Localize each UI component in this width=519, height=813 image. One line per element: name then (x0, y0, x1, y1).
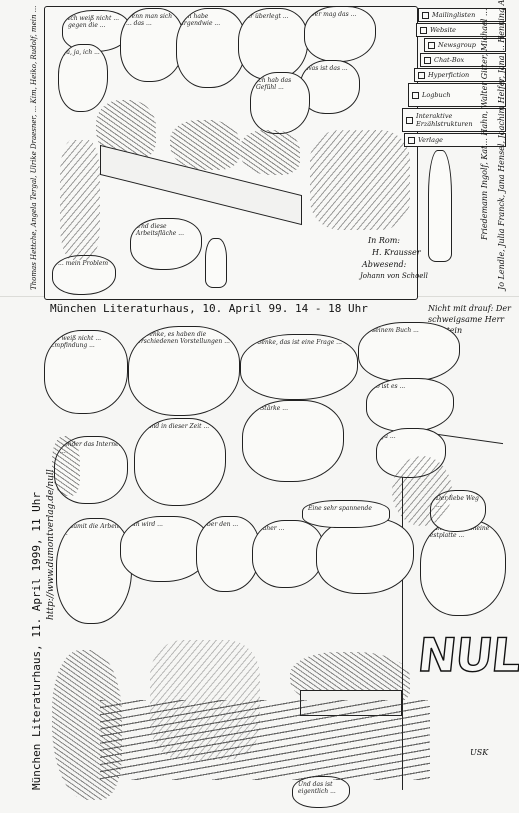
checkbox-icon (418, 72, 425, 79)
people-drawing (240, 130, 300, 175)
speech-bubble: In seinem Buch ... (358, 322, 460, 382)
top-left-margin-names: Thomas Hettche, Angela Tergal, Ulrike Dr… (30, 5, 38, 290)
speech-bubble: So ist es ... (366, 378, 454, 432)
checklist-label: Verlage (418, 136, 443, 144)
checkbox-icon (428, 42, 435, 49)
checklist-label: Website (430, 26, 456, 34)
speech-bubble: Ihr überlegt ... (238, 8, 308, 80)
people-drawing (60, 140, 100, 260)
in-rom-name: H. Krausser (372, 248, 421, 257)
speech-bubble: Ja, ja, ich ... (58, 44, 108, 112)
speech-bubble: Ich denke, es haben die verschiedenen Vo… (128, 326, 240, 416)
checkbox-icon (420, 27, 427, 34)
speaker-portrait (52, 436, 80, 496)
top-right-margin-names-1: Friedemann Ingolf, Kat... Hahn, Walter G… (480, 10, 489, 240)
top-right-margin-names-2: Jo Lendle, Julia Franck, Jana Hensel, Jo… (497, 10, 506, 290)
speech-bubble: Wenn man sich ... das ... (120, 8, 184, 82)
speech-bubble: Ich weiß nicht ... Empfindung ... (44, 330, 128, 414)
checklist-item: Hyperfiction (414, 68, 506, 82)
speech-bubble: Der mag das ... (304, 6, 376, 62)
top-caption: München Literaturhaus, 10. April 99. 14 … (50, 302, 368, 315)
checkbox-icon (408, 137, 415, 144)
speech-bubble: Daher ... (252, 520, 324, 588)
checkbox-icon (422, 12, 429, 19)
speech-bubble: Ich bin ... (316, 518, 414, 594)
checklist-label: Mailinglisten (432, 11, 475, 19)
url-vertical: http://www.dumontverlag.de/null (46, 469, 56, 620)
in-rom-label: In Rom: (368, 236, 400, 245)
checklist-item: Verlage (404, 133, 506, 147)
checkbox-icon (412, 92, 419, 99)
speech-bubble: Eine sehr spannende (302, 500, 390, 528)
bottom-caption-vertical: München Literaturhaus, 11. April 1999, 1… (30, 492, 43, 790)
checkbox-icon (406, 117, 413, 124)
checklist-item: Newsgroup (424, 38, 506, 52)
people-drawing (170, 120, 240, 170)
checklist-item: Interaktive Erzählstrukturen (402, 108, 506, 132)
absent-label: Abwesend: (362, 260, 406, 269)
people-drawing (310, 130, 410, 230)
checklist-label: Newsgroup (438, 41, 476, 49)
speech-bubble: Und diese Arbeitsfläche ... (130, 218, 202, 270)
speech-bubble: ... damit die Arbeit ... (56, 518, 132, 624)
null-logo: NULL (415, 628, 519, 682)
checklist-item: Mailinglisten (418, 8, 506, 22)
artist-signature: USK (470, 748, 488, 757)
feature-checklist: Mailinglisten Website Newsgroup Chat-Box… (418, 8, 506, 148)
speech-bubble: Über den ... (196, 516, 260, 592)
checklist-label: Interaktive Erzählstrukturen (416, 112, 502, 128)
speech-bubble: ... und in dieser Zeit ... (134, 418, 226, 506)
speech-bubble: Ich habe irgendwie ... (176, 8, 246, 88)
checklist-label: Logbuch (422, 91, 451, 99)
checklist-item: Chat-Box (420, 53, 506, 67)
speech-bubble: Ich hab das Gefühl ... (250, 72, 310, 134)
scanned-page: Thomas Hettche, Angela Tergal, Ulrike Dr… (0, 0, 519, 813)
bottle-drawing (428, 150, 452, 262)
speech-bubble: Und das ist eigentlich ... (292, 776, 350, 808)
speech-bubble: Die Stärke ... (242, 400, 344, 482)
speech-bubble: Ich denke, das ist eine Frage ... (240, 334, 358, 400)
absent-name: Johann von Schoell (360, 272, 428, 280)
checklist-label: Hyperfiction (428, 71, 469, 79)
speaker-portrait (392, 456, 452, 526)
checklist-item: Website (416, 23, 506, 37)
checklist-item: Logbuch (408, 83, 506, 107)
speech-bubble: ... mein Problem (52, 255, 116, 295)
stage-floor (100, 700, 430, 780)
checklist-label: Chat-Box (434, 56, 464, 64)
speech-bubble: Kann ich über meine Festplatte ... (420, 520, 506, 616)
checkbox-icon (424, 57, 431, 64)
bottle-drawing (205, 238, 227, 288)
